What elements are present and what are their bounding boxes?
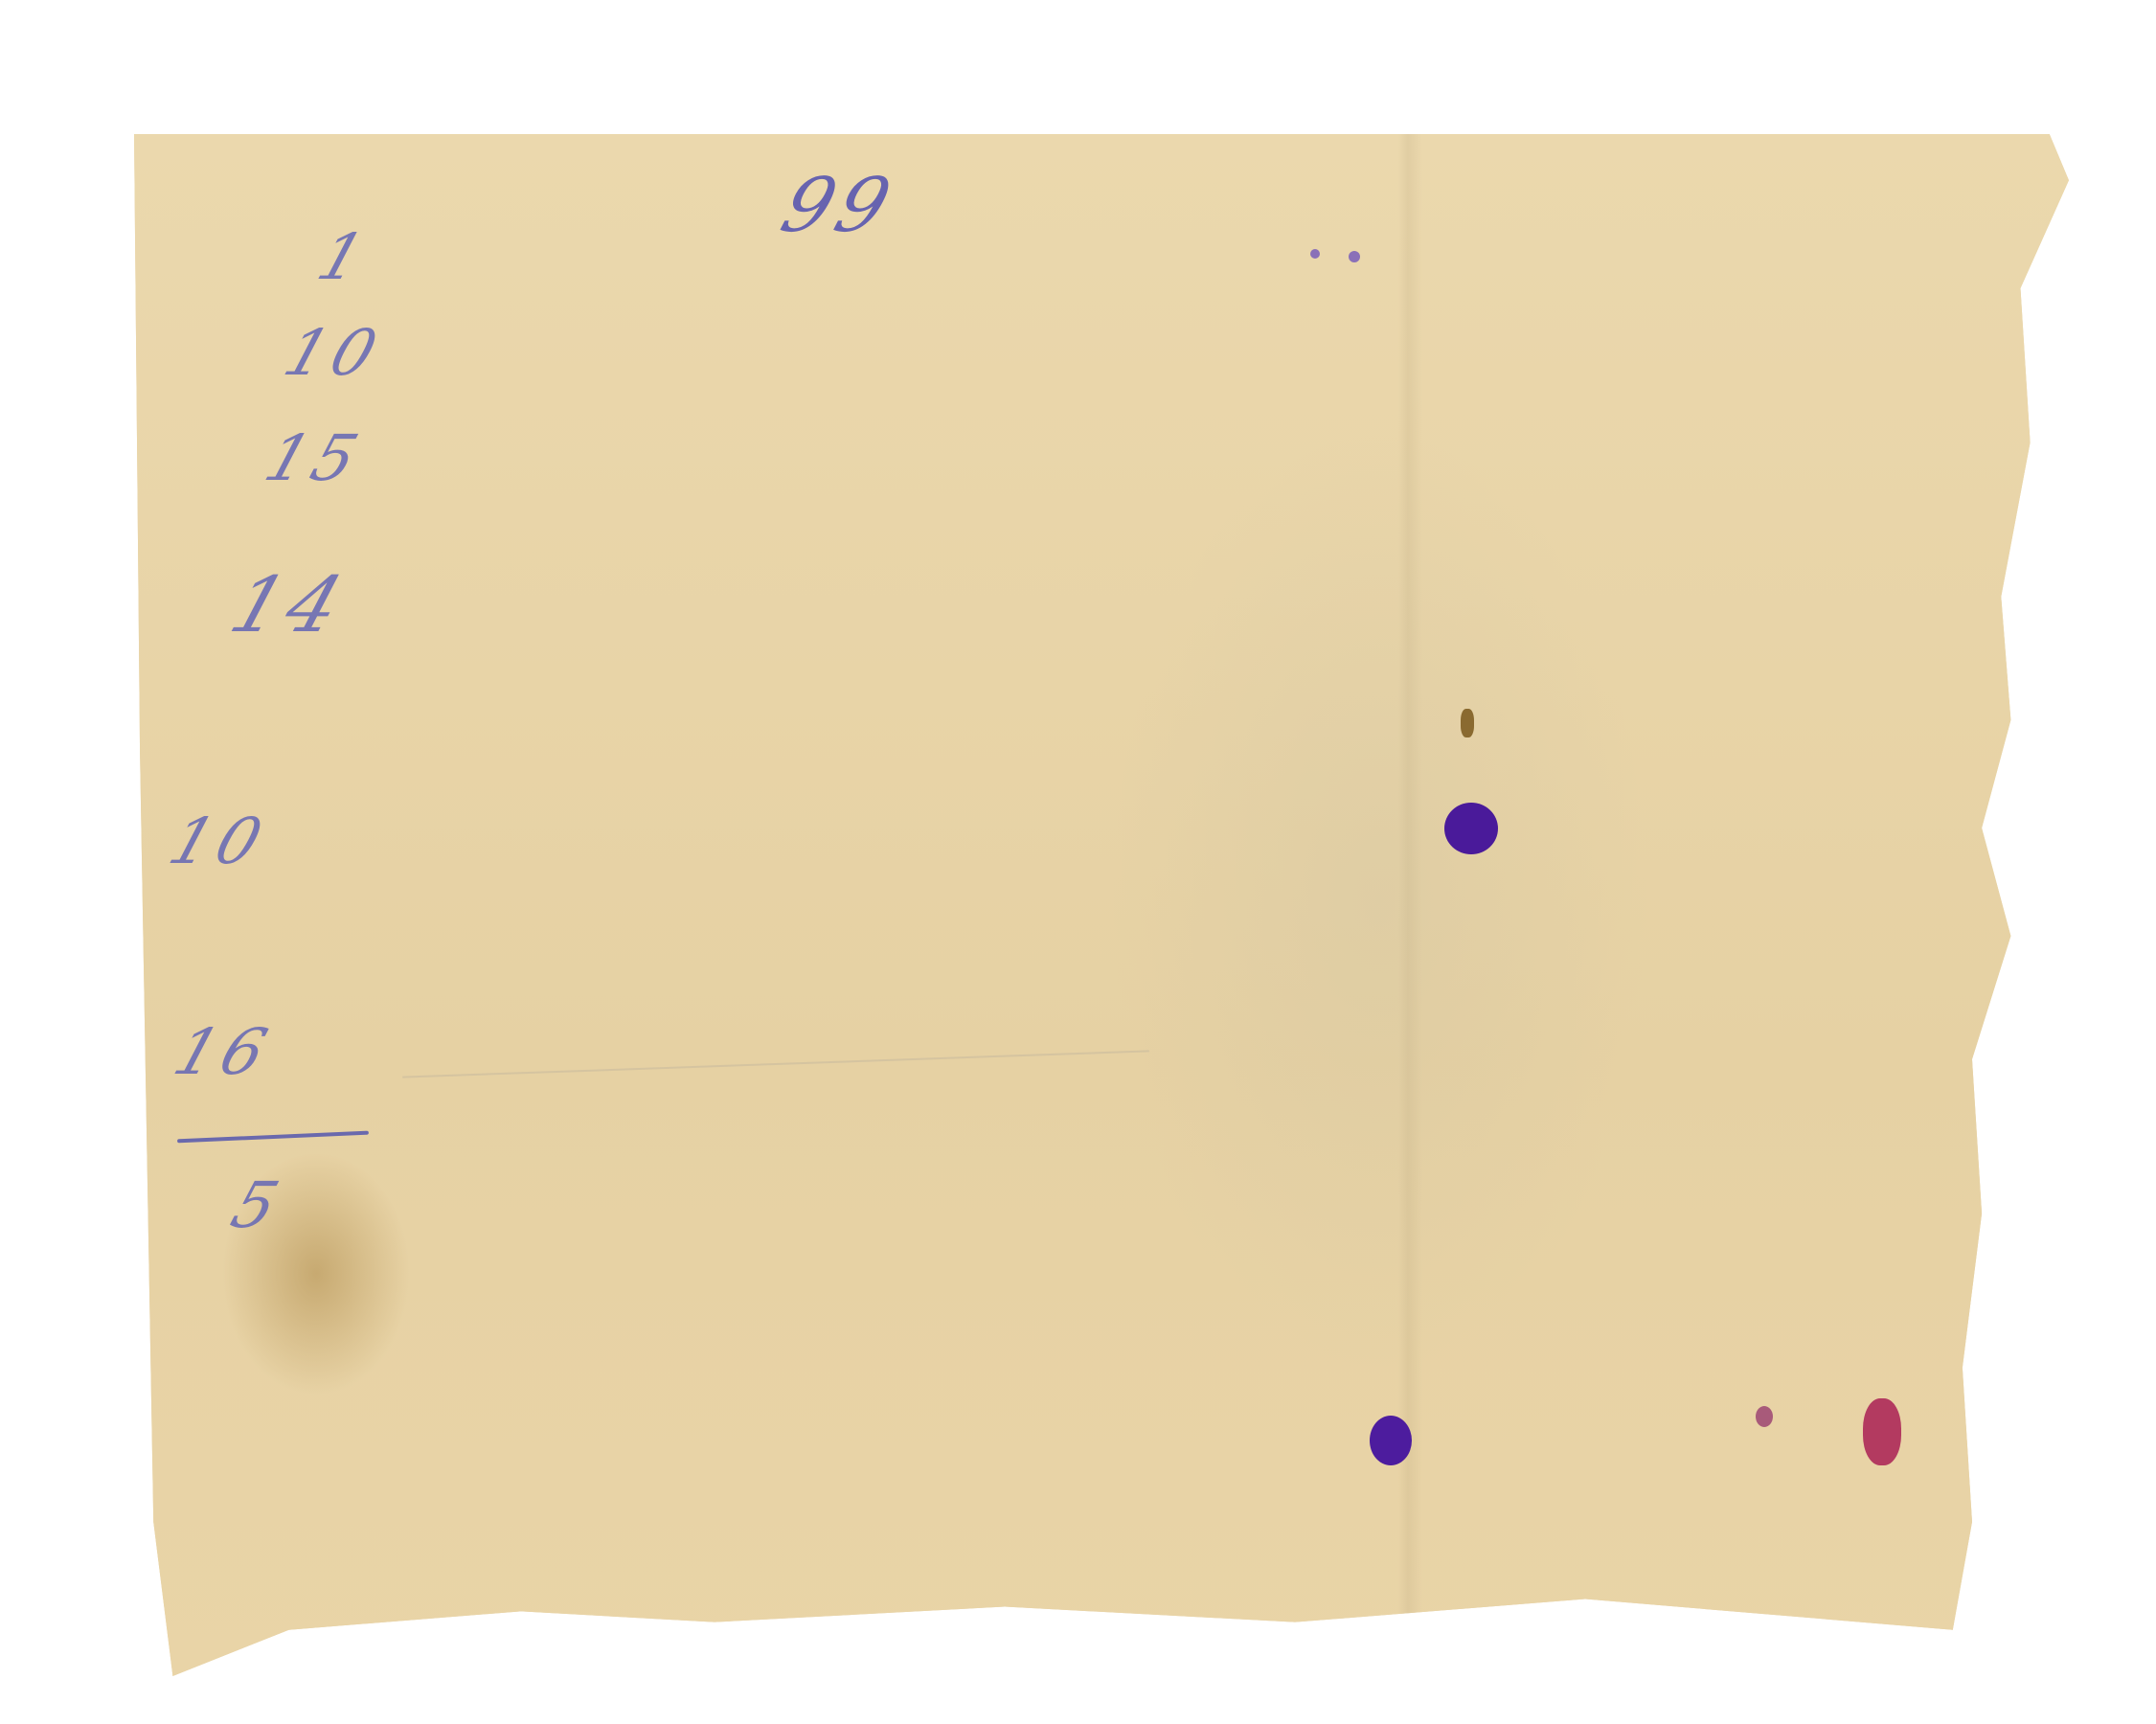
ink-speck xyxy=(1310,249,1320,259)
ink-blot-4 xyxy=(1863,1398,1901,1465)
ink-speck xyxy=(1349,251,1360,262)
paper-slip xyxy=(134,134,2069,1676)
ink-blot-2 xyxy=(1370,1416,1412,1465)
ink-blot-1 xyxy=(1444,803,1498,854)
stain-mark xyxy=(1461,709,1474,737)
ink-blot-3 xyxy=(1756,1406,1773,1427)
